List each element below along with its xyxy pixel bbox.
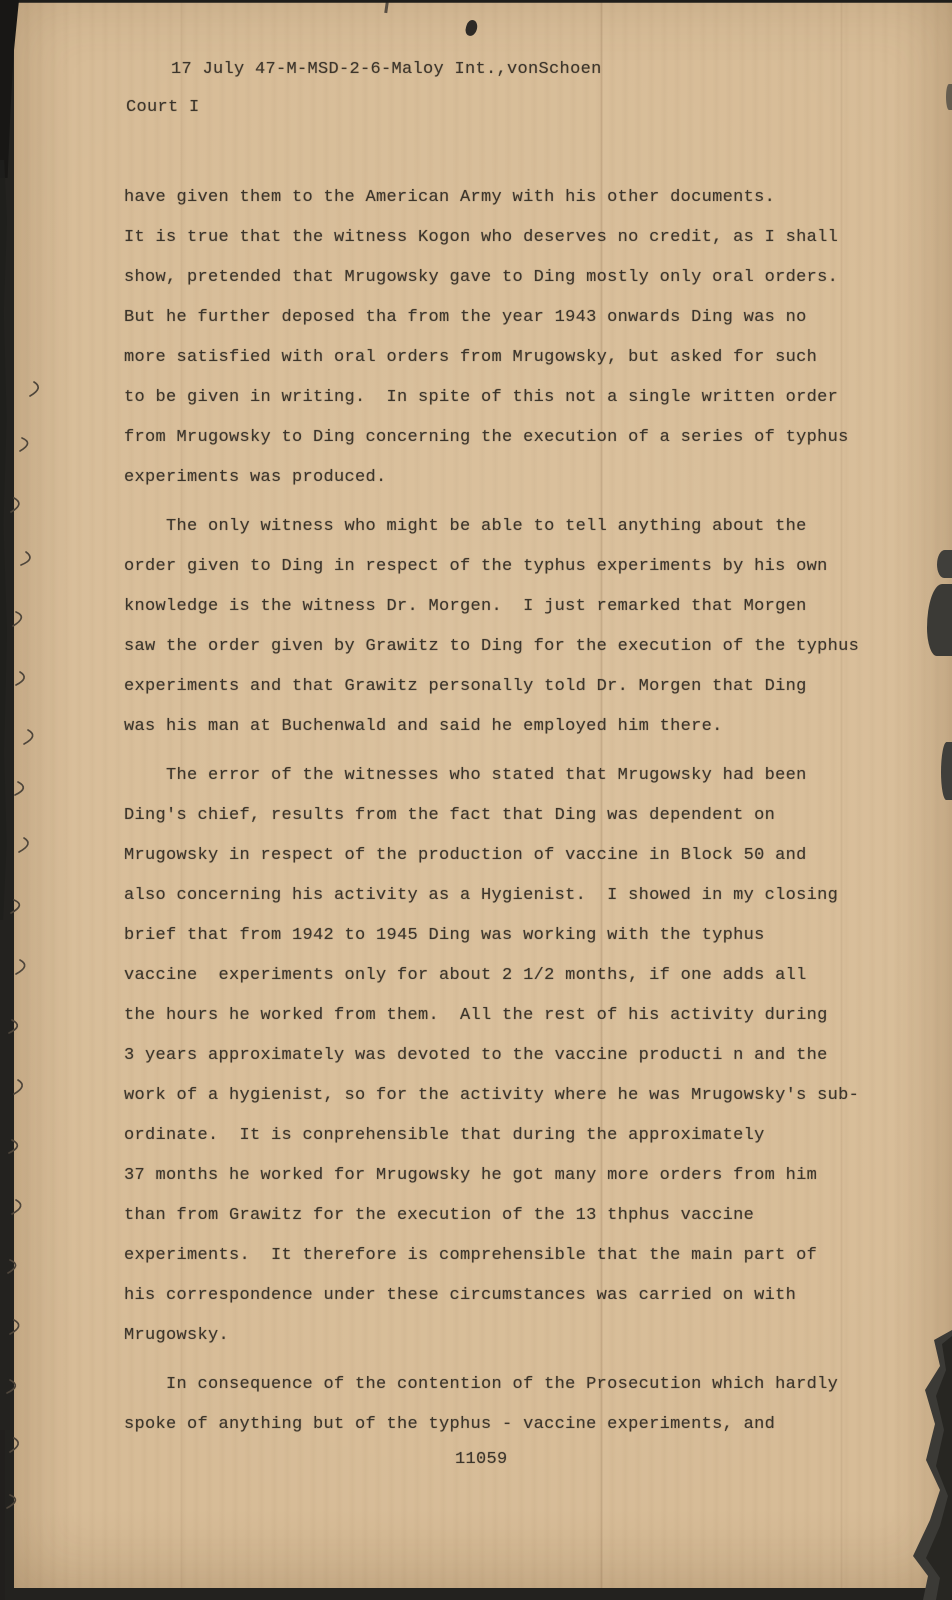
text-line: saw the order given by Grawitz to Ding f… [124, 627, 884, 667]
text-line: vaccine experiments only for about 2 1/2… [124, 956, 884, 996]
text-line: from Mrugowsky to Ding concerning the ex… [124, 418, 884, 458]
text-line: 3 years approximately was devoted to the… [124, 1036, 884, 1076]
text-line: show, pretended that Mrugowsky gave to D… [124, 258, 884, 298]
document-body: have given them to the American Army wit… [124, 178, 884, 1445]
text-line: than from Grawitz for the execution of t… [124, 1196, 884, 1236]
text-line: But he further deposed tha from the year… [124, 298, 884, 338]
torn-edge-blob [941, 742, 952, 800]
text-line: was his man at Buchenwald and said he em… [124, 707, 884, 747]
text-line: have given them to the American Army wit… [124, 178, 884, 218]
text-line: order given to Ding in respect of the ty… [124, 547, 884, 587]
text-line: experiments was produced. [124, 458, 884, 498]
torn-edge-blob [946, 84, 952, 110]
torn-edge-blob [937, 550, 952, 578]
ink-blot [464, 19, 479, 38]
court-label: Court I [126, 98, 200, 117]
text-line: his correspondence under these circumsta… [124, 1276, 884, 1316]
page-number: 11059 [455, 1450, 508, 1469]
text-line: The only witness who might be able to te… [124, 507, 884, 547]
text-line: Mrugowsky in respect of the production o… [124, 836, 884, 876]
torn-bottom-right-corner [890, 1330, 952, 1600]
top-edge-mark [384, 2, 389, 13]
text-line: Mrugowsky. [124, 1316, 884, 1356]
left-margin-pencil-marks [4, 380, 74, 1520]
text-line: also concerning his activity as a Hygien… [124, 876, 884, 916]
scan-edge-top [0, 0, 952, 3]
text-line: 37 months he worked for Mrugowsky he got… [124, 1156, 884, 1196]
text-line: experiments. It therefore is comprehensi… [124, 1236, 884, 1276]
text-line: the hours he worked from them. All the r… [124, 996, 884, 1036]
document-header: 17 July 47-M-MSD-2-6-Maloy Int.,vonSchoe… [171, 60, 602, 79]
text-line: ordinate. It is conprehensible that duri… [124, 1116, 884, 1156]
paper-sheet: 17 July 47-M-MSD-2-6-Maloy Int.,vonSchoe… [14, 2, 952, 1588]
text-line: experiments and that Grawitz personally … [124, 667, 884, 707]
text-line: brief that from 1942 to 1945 Ding was wo… [124, 916, 884, 956]
text-line: knowledge is the witness Dr. Morgen. I j… [124, 587, 884, 627]
text-line: It is true that the witness Kogon who de… [124, 218, 884, 258]
text-line: The error of the witnesses who stated th… [124, 756, 884, 796]
text-line: In consequence of the contention of the … [124, 1365, 884, 1405]
text-line: work of a hygienist, so for the activity… [124, 1076, 884, 1116]
text-line: to be given in writing. In spite of this… [124, 378, 884, 418]
text-line: spoke of anything but of the typhus - va… [124, 1405, 884, 1445]
text-line: more satisfied with oral orders from Mru… [124, 338, 884, 378]
text-line: Ding's chief, results from the fact that… [124, 796, 884, 836]
